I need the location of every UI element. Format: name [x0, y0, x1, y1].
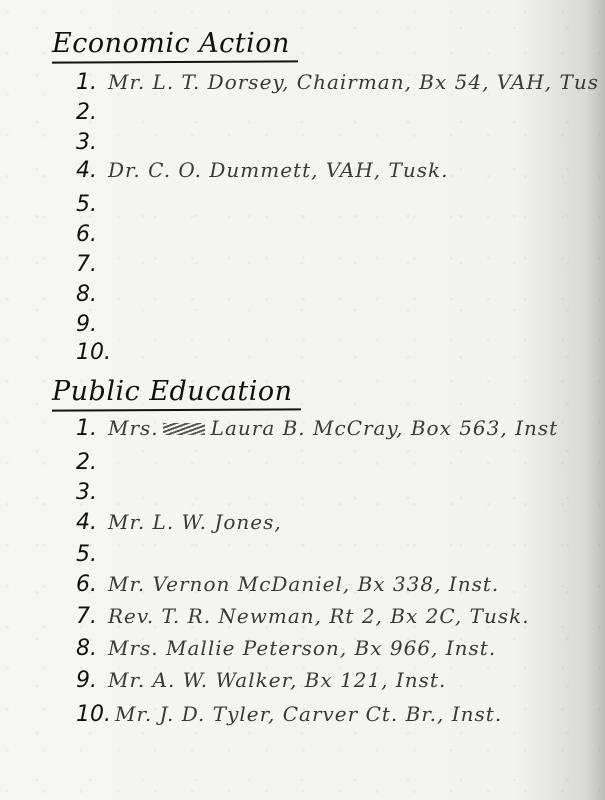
list-item: 8.	[76, 282, 108, 312]
list-item: 6.	[76, 222, 108, 252]
section-heading-public-education: Public Education	[52, 376, 293, 407]
item-number: 9.	[76, 312, 104, 337]
list-item: 1. Mrs. Laura B. McCray, Box 563, Inst	[76, 416, 558, 446]
list-item: 3.	[76, 480, 108, 510]
list-item: 4. Mr. L. W. Jones,	[76, 510, 282, 540]
heading-underline	[52, 60, 298, 63]
item-number: 5.	[76, 192, 104, 217]
item-number: 7.	[76, 604, 104, 629]
item-entry: Mr. Vernon McDaniel, Bx 338, Inst.	[108, 572, 499, 596]
handwritten-page: Economic Action 1. Mr. L. T. Dorsey, Cha…	[0, 0, 605, 800]
item-entry: Mr. A. W. Walker, Bx 121, Inst.	[108, 668, 446, 692]
list-item: 10. Mr. J. D. Tyler, Carver Ct. Br., Ins…	[76, 702, 502, 732]
item-number: 3.	[76, 130, 104, 155]
item-number: 3.	[76, 480, 104, 505]
item-number: 6.	[76, 222, 104, 247]
item-number: 7.	[76, 252, 104, 277]
item-number: 8.	[76, 282, 104, 307]
item-number: 5.	[76, 542, 104, 567]
list-item: 6. Mr. Vernon McDaniel, Bx 338, Inst.	[76, 572, 499, 602]
item-number: 1.	[76, 416, 104, 441]
item-number: 10.	[76, 702, 111, 727]
list-item: 8. Mrs. Mallie Peterson, Bx 966, Inst.	[76, 636, 496, 666]
list-item: 9.	[76, 312, 108, 342]
item-entry: Dr. C. O. Dummett, VAH, Tusk.	[108, 158, 448, 182]
list-item: 5.	[76, 192, 108, 222]
crossed-out-text	[163, 423, 205, 435]
list-item: 7. Rev. T. R. Newman, Rt 2, Bx 2C, Tusk.	[76, 604, 530, 634]
item-number: 2.	[76, 450, 104, 475]
list-item: 2.	[76, 450, 108, 480]
item-prefix: Mrs.	[108, 416, 159, 440]
item-number: 6.	[76, 572, 104, 597]
item-entry: Mr. L. W. Jones,	[108, 510, 282, 534]
item-entry: Mr. J. D. Tyler, Carver Ct. Br., Inst.	[115, 702, 502, 726]
heading-underline	[52, 408, 301, 411]
item-entry: Mrs. Mallie Peterson, Bx 966, Inst.	[108, 636, 496, 660]
list-item: 10.	[76, 340, 115, 370]
item-number: 4.	[76, 158, 104, 183]
list-item: 2.	[76, 100, 108, 130]
item-number: 1.	[76, 70, 104, 95]
list-item: 9. Mr. A. W. Walker, Bx 121, Inst.	[76, 668, 446, 698]
item-number: 8.	[76, 636, 104, 661]
item-number: 10.	[76, 340, 111, 365]
heading-text: Economic Action	[52, 28, 290, 59]
list-item: 1. Mr. L. T. Dorsey, Chairman, Bx 54, VA…	[76, 70, 599, 100]
list-item: 4. Dr. C. O. Dummett, VAH, Tusk.	[76, 158, 448, 188]
item-entry: Rev. T. R. Newman, Rt 2, Bx 2C, Tusk.	[108, 604, 530, 628]
list-item: 5.	[76, 542, 108, 572]
item-number: 4.	[76, 510, 104, 535]
list-item: 7.	[76, 252, 108, 282]
section-heading-economic-action: Economic Action	[52, 28, 290, 59]
item-number: 2.	[76, 100, 104, 125]
item-number: 9.	[76, 668, 104, 693]
heading-text: Public Education	[52, 376, 293, 407]
list-item: 3.	[76, 130, 108, 160]
item-entry: Laura B. McCray, Box 563, Inst	[211, 416, 559, 440]
item-entry: Mr. L. T. Dorsey, Chairman, Bx 54, VAH, …	[108, 70, 599, 94]
